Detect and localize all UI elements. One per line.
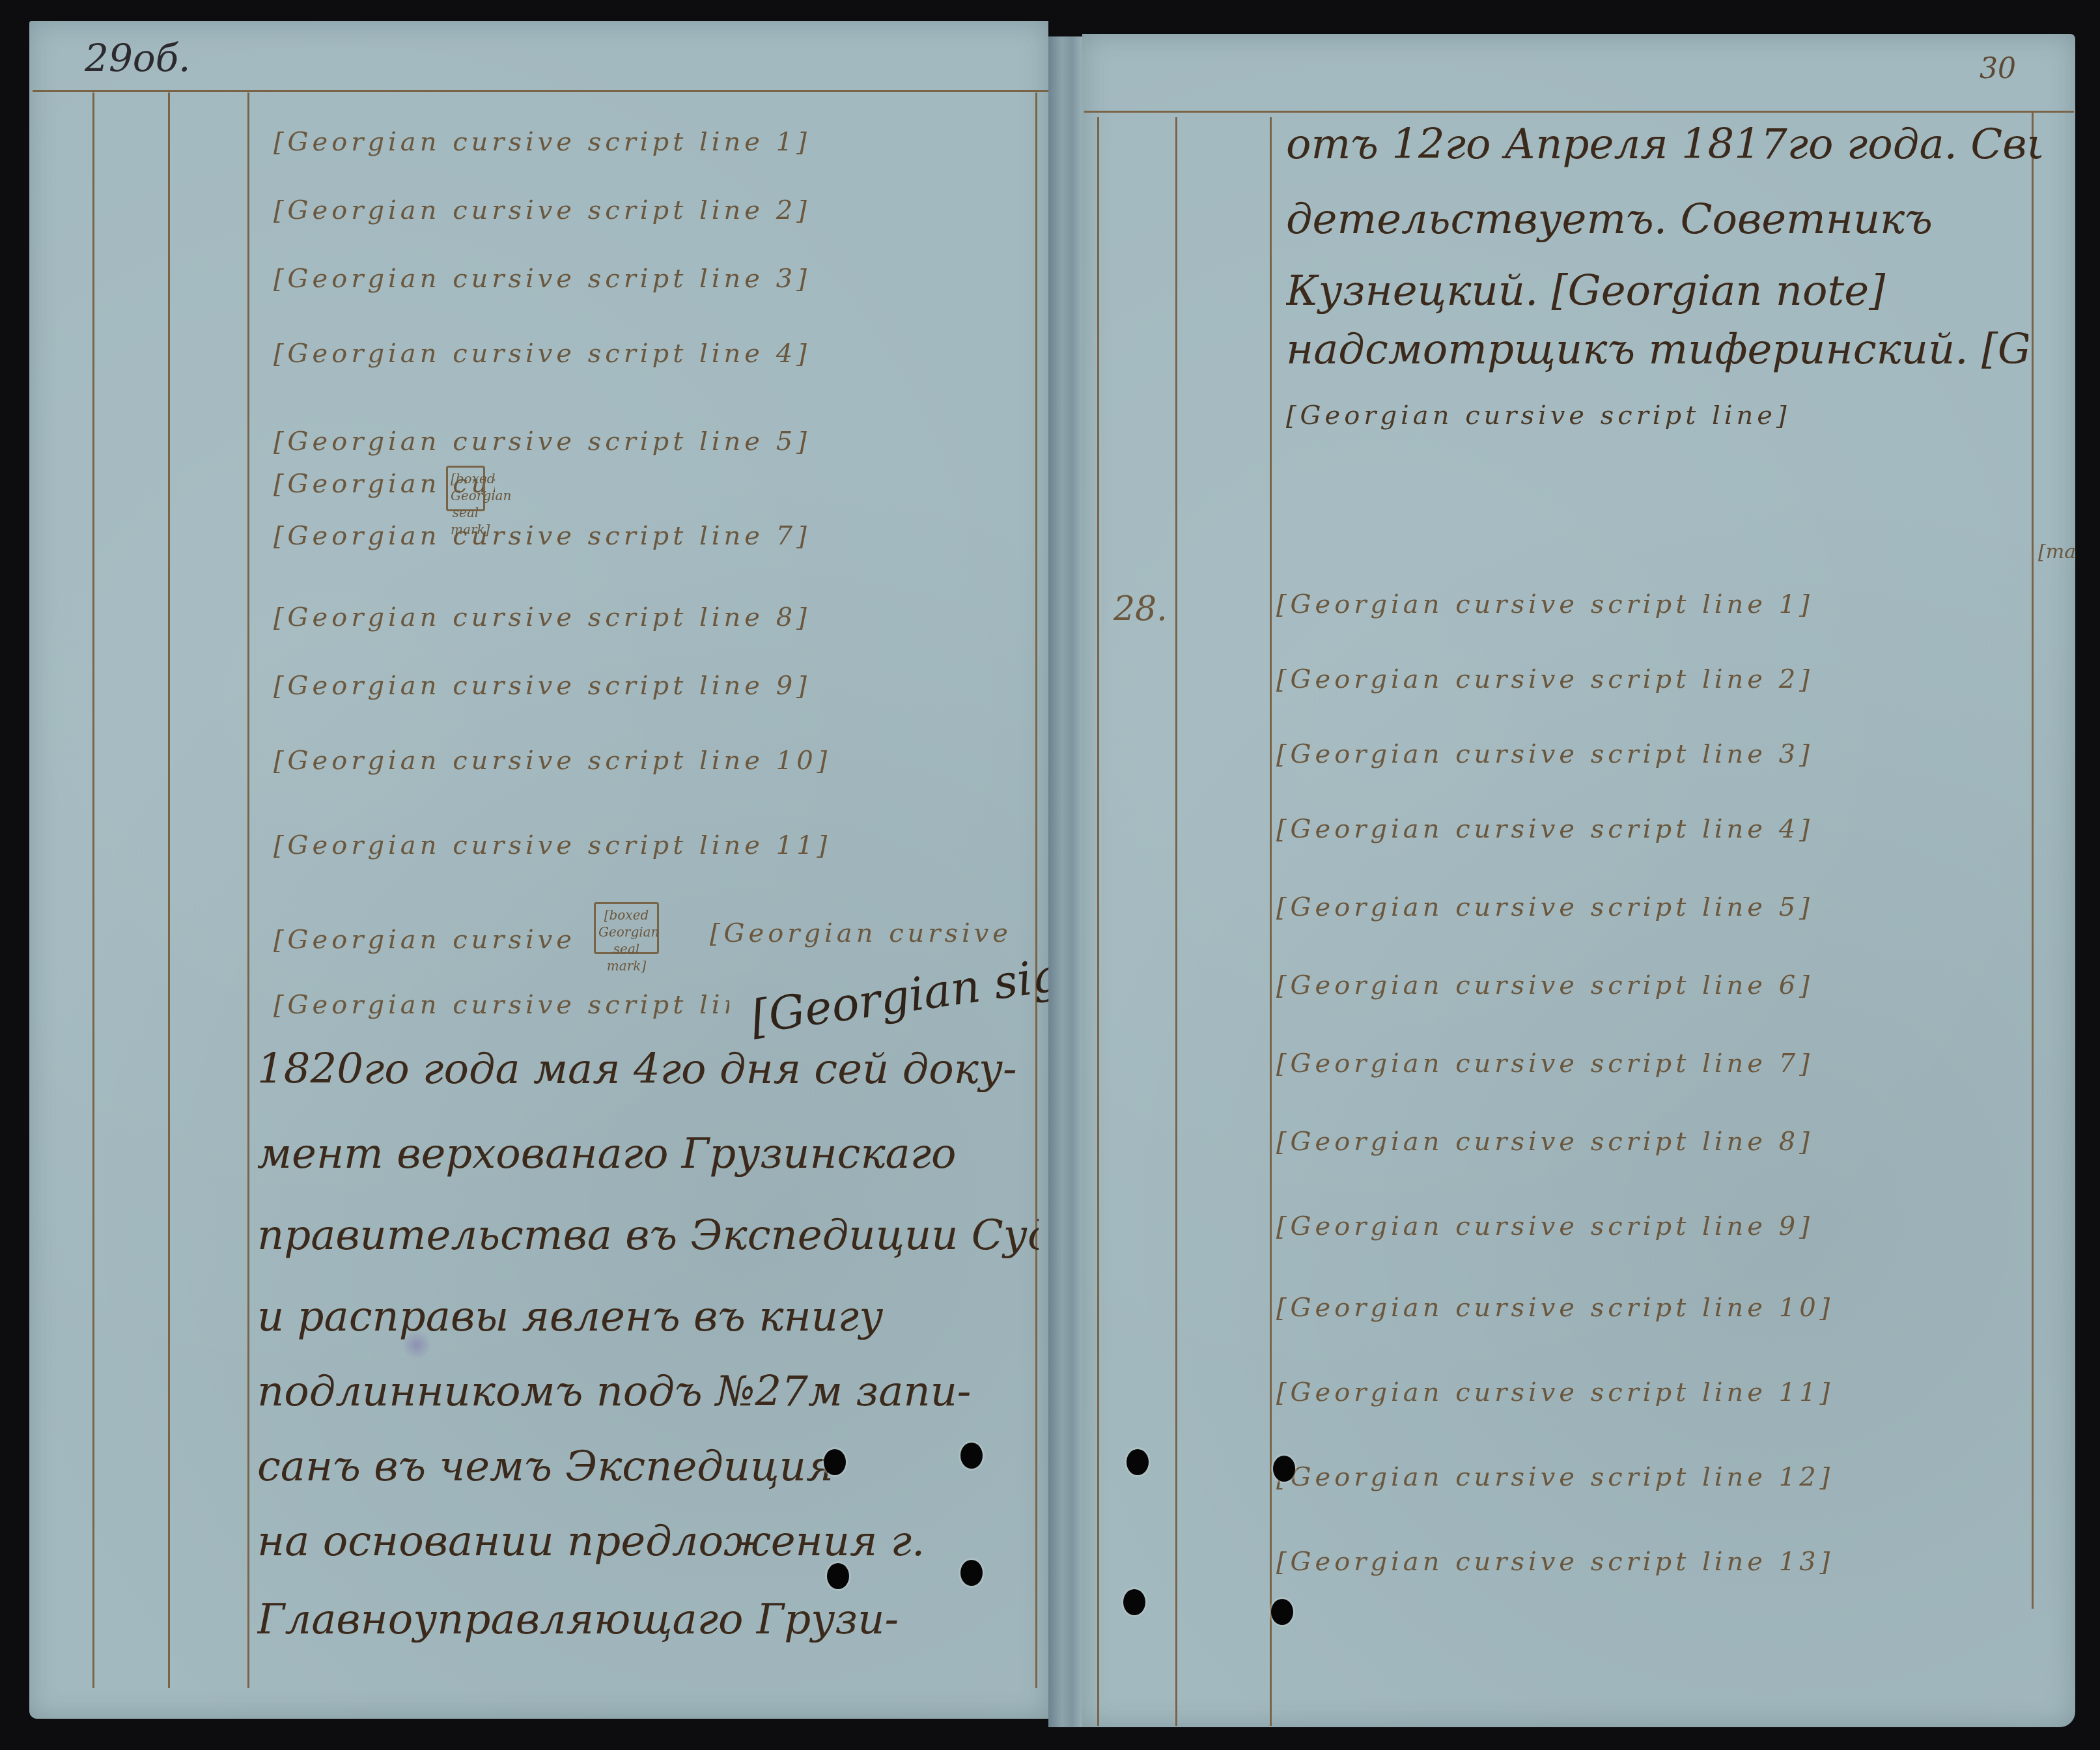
georgian-text-line: [Georgian cursive script line 2] (1276, 664, 2025, 694)
binding-hole (1271, 1599, 1293, 1625)
georgian-text-line: [Georgian cursive script line 10] (273, 746, 1029, 776)
georgian-text-line: [Georgian cursive script line 14] (273, 990, 729, 1020)
ink-stain (404, 1329, 430, 1361)
book-spine-gutter (1048, 36, 1082, 1727)
russian-text-line: и расправы явленъ въ книгу (257, 1293, 1039, 1341)
georgian-text-line: [Georgian cursive script line 1] (273, 127, 1029, 157)
column-rule (92, 92, 94, 1688)
binding-hole (824, 1449, 846, 1475)
georgian-text-line: [Georgian cursive script line 2] (273, 195, 1029, 225)
binding-hole (960, 1560, 983, 1586)
column-rule (2032, 111, 2034, 1609)
georgian-text-line: [Georgian cursive script line 1] (1276, 589, 2025, 619)
georgian-text-line: [Georgian cursive script line 12] (273, 925, 586, 955)
georgian-text-line: [Georgian cursive script line 5] (1276, 892, 2025, 922)
russian-text-line: мент верхованаго Грузинскаго (257, 1130, 1039, 1178)
column-rule (1097, 117, 1099, 1726)
georgian-text-line: [Georgian cursive script line 8] (1276, 1127, 2025, 1157)
russian-text-line: отъ 12го Апреля 1817го года. Сви- (1286, 120, 2041, 169)
georgian-text-line: [Georgian cursive script line 3] (273, 264, 1029, 294)
russian-text-line: на основании предложения г. (257, 1517, 1039, 1566)
russian-text-line: подлинникомъ подъ №27м запи- (257, 1368, 1039, 1416)
binding-hole (1273, 1456, 1295, 1482)
binding-hole (1123, 1589, 1145, 1615)
georgian-text-line: [Georgian cursive script line 6] (1276, 970, 2025, 1000)
georgian-text-line: [Georgian cursive script line 9] (1276, 1211, 2025, 1241)
georgian-text-line: [Georgian cursive script line 13] (1276, 1547, 2025, 1577)
georgian-text-line: [Georgian cursive script line 10] (1276, 1293, 2025, 1323)
header-rule-right (1084, 111, 2074, 113)
georgian-text-line: [Georgian cursive script line 5] (273, 427, 1029, 457)
russian-text-line: 1820го года мая 4го дня сей доку- (257, 1045, 1039, 1094)
georgian-text-line: [Georgian cursive script line 4] (273, 339, 1029, 369)
russian-text-line: правительства въ Экспедиции Суда (257, 1211, 1039, 1260)
binding-hole (827, 1563, 849, 1589)
georgian-text-line: [Georgian cursive script line 12] (1276, 1462, 2025, 1492)
binding-hole (960, 1443, 983, 1469)
georgian-text-line: [Georgian cursive script line 8] (273, 602, 1029, 632)
russian-text-line: Главноуправляющаго Грузи- (257, 1596, 1039, 1644)
header-rule-left (33, 90, 1048, 92)
russian-text-line: надсмотрщикъ тиферинский. [Georgian note… (1286, 326, 2028, 374)
seal-stamp: [boxed Georgian seal mark] (594, 902, 659, 954)
folio-number-left: 29об. (85, 36, 191, 80)
entry-number: 28. (1113, 589, 1168, 628)
column-rule (1175, 117, 1177, 1726)
georgian-text-line: [Georgian cursive script line 7] (1276, 1049, 2025, 1079)
russian-text-line: детельствуетъ. Советникъ (1286, 195, 2028, 244)
georgian-text-line: [Georgian cursive script line 9] (273, 671, 1029, 701)
georgian-text-line: [Georgian cursive script line 11] (273, 830, 1029, 860)
seal-stamp: [boxed Georgian seal mark] (446, 466, 485, 511)
folio-number-right: 30 (1980, 52, 2016, 85)
russian-text-line: Кузнецкий. [Georgian note] (1286, 267, 2028, 315)
russian-text-line: санъ въ чемъ Экспедиция (257, 1443, 1039, 1491)
column-rule (247, 92, 249, 1688)
georgian-text-line: [Georgian cursive script line 3] (1276, 739, 2025, 769)
georgian-text-line: [Georgian cursive script line] (1286, 401, 1872, 430)
column-rule (168, 92, 170, 1688)
margin-note: [margin mark] (2038, 541, 2077, 563)
column-rule (1270, 117, 1272, 1726)
georgian-text-line: [Georgian cursive script line 4] (1276, 814, 2025, 844)
binding-hole (1127, 1449, 1149, 1475)
georgian-text-line: [Georgian cursive script line 7] (273, 521, 1029, 551)
georgian-text-line: [Georgian cursive script line 13] (710, 918, 1022, 948)
georgian-text-line: [Georgian cursive script line 11] (1276, 1377, 2025, 1407)
